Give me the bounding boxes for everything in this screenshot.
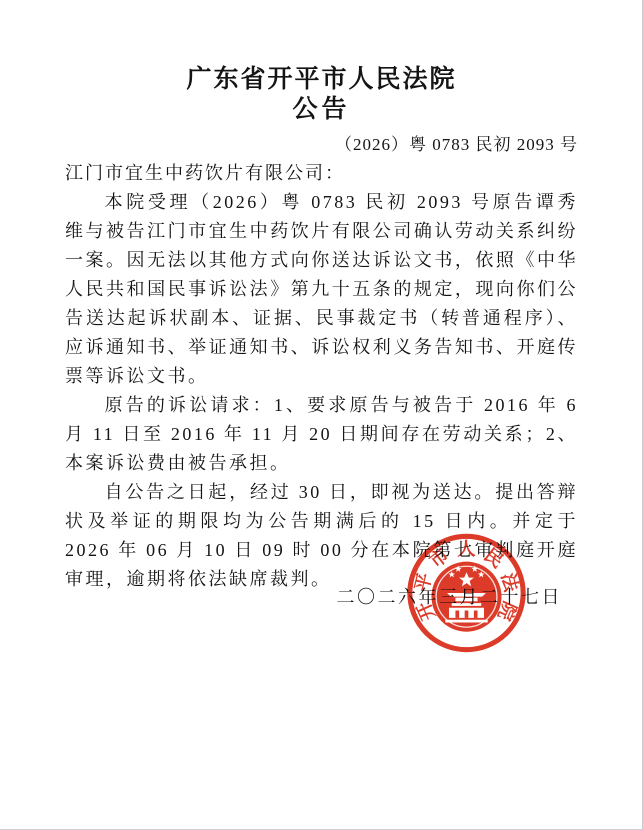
addressee-line: 江门市宜生中药饮片有限公司： — [65, 159, 578, 188]
case-number: （2026）粤 0783 民初 2093 号 — [65, 134, 578, 156]
seal-char-2: 平 — [412, 570, 436, 593]
emblem-gate-arches — [455, 611, 477, 618]
document-content: 广东省开平市人民法院 公告 （2026）粤 0783 民初 2093 号 江门市… — [65, 64, 578, 594]
national-emblem-icon — [431, 562, 501, 632]
court-title: 广东省开平市人民法院 — [65, 64, 578, 96]
doc-type-title: 公告 — [65, 96, 578, 124]
announcement-page: 广东省开平市人民法院 公告 （2026）粤 0783 民初 2093 号 江门市… — [0, 0, 643, 830]
body-paragraph-2: 原告的诉讼请求：1、要求原告与被告于 2016 年 6 月 11 日至 2016… — [65, 391, 578, 478]
seal-char-4: 人 — [457, 539, 476, 559]
body-paragraph-1: 本院受理（2026）粤 0783 民初 2093 号原告谭秀维与被告江门市宜生中… — [65, 188, 578, 391]
court-seal: 开 平 市 人 民 法 院 — [402, 528, 531, 658]
